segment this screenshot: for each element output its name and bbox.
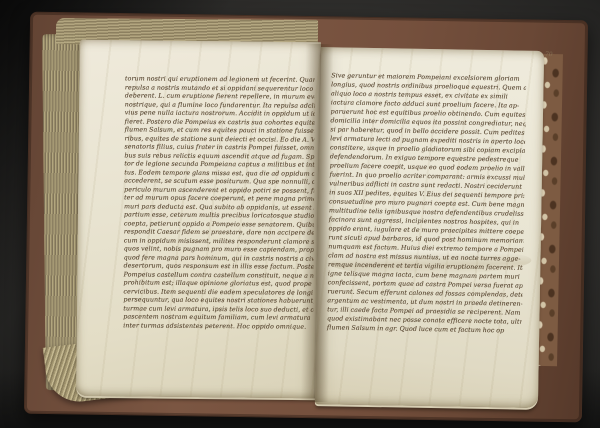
folio-number: 70 — [545, 51, 553, 58]
text-line: inter turmas adsistentes peterent. Hoc o… — [123, 322, 313, 332]
left-page-text: torum nostri qui eruptionem ad legionem … — [123, 75, 315, 331]
photo-background: torum nostri qui eruptionem ad legionem … — [0, 0, 600, 428]
right-page-text: Sive geruntur et maiorem Pompeiani excel… — [327, 71, 527, 335]
